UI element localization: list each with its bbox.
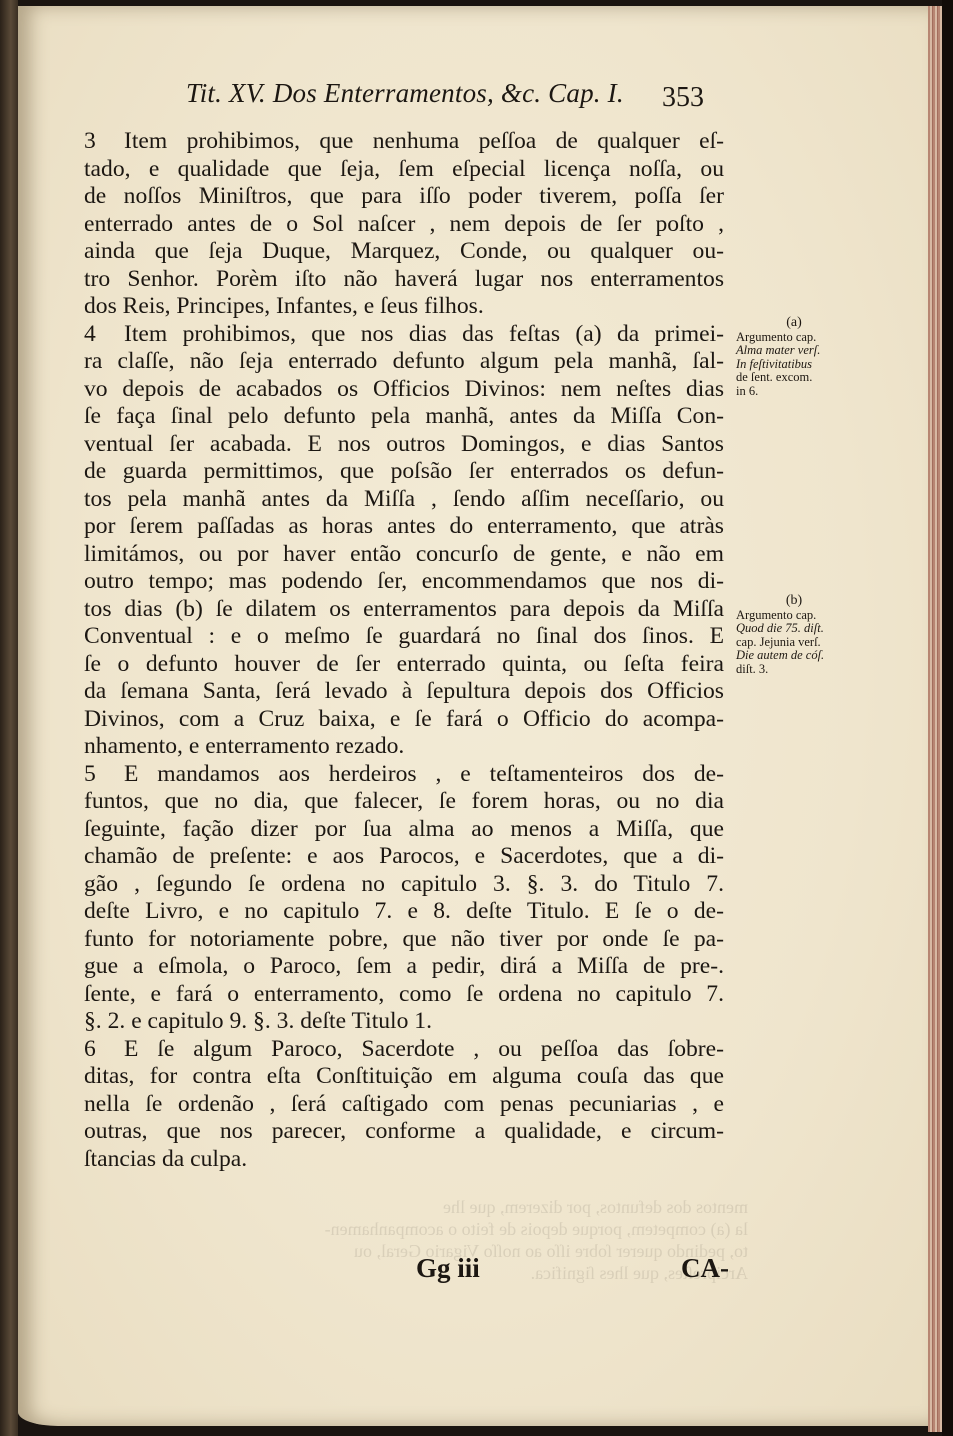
paragraph-number: 6 [84,1036,124,1064]
text-line: de noſſos Miniſtros, que para iſſo poder… [84,183,724,211]
line-text: Item prohibimos, que nenhuma peſſoa de q… [124,128,724,154]
text-line: limitámos, ou por haver então concurſo d… [84,541,724,569]
text-line: de guarda permittimos, que poſsão ſer en… [84,458,724,486]
page-number: 353 [662,82,704,114]
text-line: ſtancias da culpa. [84,1146,724,1174]
text-line: 5E mandamos aos herdeiros , e teſtamente… [84,761,724,789]
text-line: nhamento, e enterramento rezado. [84,733,724,761]
text-line: ſente, e fará o enterramento, como ſe or… [84,981,724,1009]
line-text: E mandamos aos herdeiros , e teſtamentei… [124,761,724,787]
line-text: Item prohibimos, que nos dias das feſtas… [124,321,724,347]
text-line: dos Reis, Principes, Infantes, e ſeus fi… [84,293,724,321]
note-line: Argumento cap. [736,609,852,623]
text-line: ventual ſer acabada. E nos outros Doming… [84,431,724,459]
note-line: Die autem de cóſ. [736,649,852,663]
text-line: ainda que ſeja Duque, Marquez, Conde, ou… [84,238,724,266]
text-line: 4Item prohibimos, que nos dias das feſta… [84,321,724,349]
text-line: outras, que nos parecer, conforme a qual… [84,1118,724,1146]
line-text: E ſe algum Paroco, Sacerdote , ou peſſoa… [124,1036,724,1062]
running-title: Tit. XV. Dos Enterramentos, &c. Cap. I. [186,78,624,109]
text-line: tado, e qualidade que ſeja, ſem eſpecial… [84,156,724,184]
text-line: por ſerem paſſadas as horas antes do ent… [84,513,724,541]
text-line: funto for notoriamente pobre, que não ti… [84,926,724,954]
text-line: ſeguinte, fação dizer por ſua alma ao me… [84,816,724,844]
text-line: ſe faça ſinal pelo defunto pela manhã, a… [84,403,724,431]
text-line: ra claſſe, não ſeja enterrado defunto al… [84,348,724,376]
text-line: Divinos, com a Cruz baixa, e ſe fará o O… [84,706,724,734]
note-line: In feſtivitatibus [736,358,852,372]
page-edges [928,6,942,1432]
marginal-note-a: (a) Argumento cap. Alma mater verſ. In f… [736,316,852,398]
running-header: Tit. XV. Dos Enterramentos, &c. Cap. I. … [18,78,738,114]
paragraph-number: 4 [84,321,124,349]
text-line: tos dias (b) ſe dilatem os enterramentos… [84,596,724,624]
text-line: 6E ſe algum Paroco, Sacerdote , ou peſſo… [84,1036,724,1064]
text-line: §. 2. e capitulo 9. §. 3. deſte Titulo 1… [84,1008,724,1036]
text-line: Conventual : e o meſmo ſe guardará no ſi… [84,623,724,651]
marginal-note-b: (b) Argumento cap. Quod die 75. diſt. ca… [736,594,852,676]
note-line: diſt. 3. [736,663,852,677]
text-line: da ſemana Santa, ſerá levado à ſepultura… [84,678,724,706]
text-line: ditas, for contra eſta Conſtituição em a… [84,1063,724,1091]
text-line: vo depois de acabados os Officios Divino… [84,376,724,404]
note-line: de ſent. excom. [736,371,852,385]
paragraph-number: 5 [84,761,124,789]
text-line: funtos, que no dia, que falecer, ſe fore… [84,788,724,816]
signature-mark: Gg iii [416,1253,480,1284]
text-line: tos pela manhã antes da Miſſa , ſendo aſ… [84,486,724,514]
note-line: Argumento cap. [736,331,852,345]
paragraph-3: 3Item prohibimos, que nenhuma peſſoa de … [84,128,724,321]
text-line: gue a eſmola, o Paroco, ſem a pedir, dir… [84,953,724,981]
text-line: nella ſe ordenão , ſerá caſtigado com pe… [84,1091,724,1119]
text-line: 3Item prohibimos, que nenhuma peſſoa de … [84,128,724,156]
text-line: ſe o defunto houver de ſer enterrado qui… [84,651,724,679]
book-spine-shadow [0,0,18,1436]
background-right [942,0,953,1436]
main-text-column: 3Item prohibimos, que nenhuma peſſoa de … [84,128,724,1173]
page-footer: Gg iii CA- [18,1253,738,1287]
bleed-line: mentos dos defuntos, por dizerem, que lh… [438,1196,748,1218]
text-line: deſte Livro, e no capitulo 7. e 8. deſte… [84,898,724,926]
text-line: tro Senhor. Porèm iſto não haverá lugar … [84,266,724,294]
note-line: in 6. [736,385,852,399]
book-page: Tit. XV. Dos Enterramentos, &c. Cap. I. … [18,6,930,1426]
note-mark: (b) [736,594,852,608]
note-mark: (a) [736,316,852,330]
paragraph-6: 6E ſe algum Paroco, Sacerdote , ou peſſo… [84,1036,724,1174]
text-line: enterrado antes de o Sol naſcer , nem de… [84,211,724,239]
bleed-line: la (a) competem, porque depois de feito … [438,1218,748,1240]
text-line: gão , ſegundo ſe ordena no capitulo 3. §… [84,871,724,899]
paragraph-4: 4Item prohibimos, que nos dias das feſta… [84,321,724,761]
text-line: outro tempo; mas podendo ſer, encommenda… [84,568,724,596]
note-line: Alma mater verſ. [736,344,852,358]
text-line: chamão de preſente: e aos Parocos, e Sac… [84,843,724,871]
note-line: cap. Jejunia verſ. [736,636,852,650]
note-line: Quod die 75. diſt. [736,622,852,636]
paragraph-number: 3 [84,128,124,156]
paragraph-5: 5E mandamos aos herdeiros , e teſtamente… [84,761,724,1036]
catchword: CA- [681,1253,729,1284]
